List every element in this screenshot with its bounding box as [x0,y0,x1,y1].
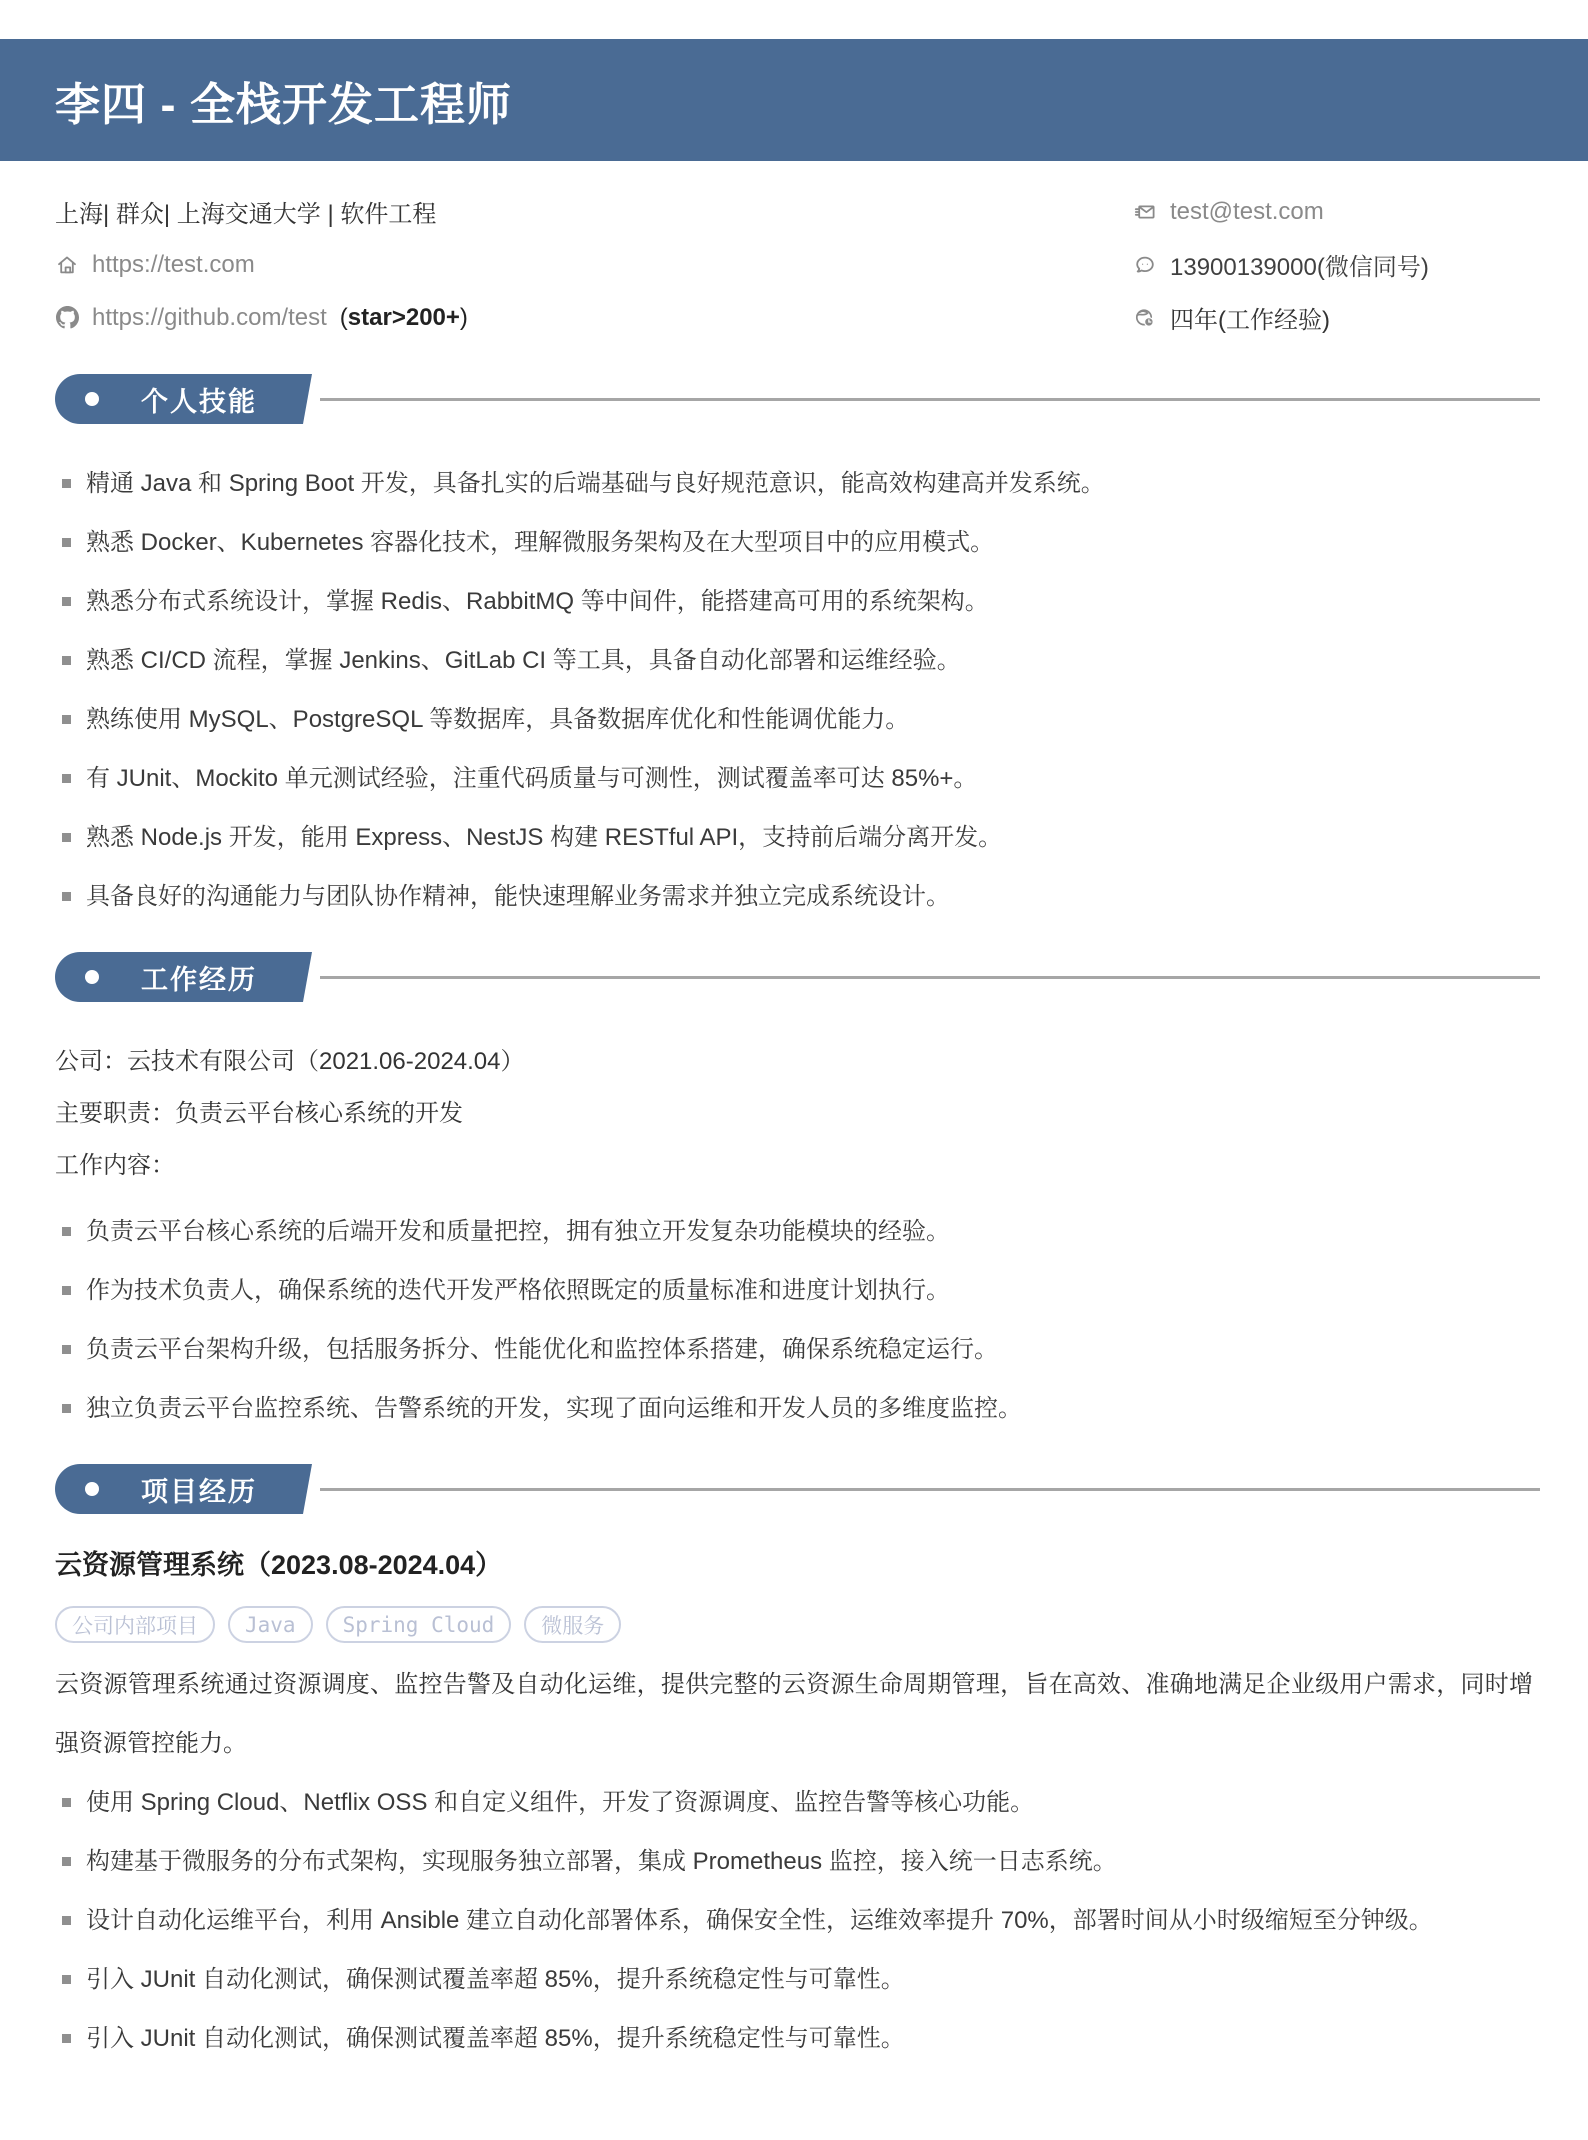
experience-text: 四年(工作经验) [1170,300,1330,335]
bullet-dot-icon [85,392,99,406]
home-icon [55,253,79,277]
work-badge: 工作经历 [55,952,312,1002]
skill-item: 熟练使用 MySQL、PostgreSQL 等数据库，具备数据库优化和性能调优能… [55,690,1533,749]
project-tag: Spring Cloud [326,1606,512,1643]
github-icon [55,306,79,330]
work-item: 负责云平台核心系统的后端开发和质量把控，拥有独立开发复杂功能模块的经验。 [55,1202,1533,1261]
square-bullet-icon [62,538,71,547]
github-star-count: star>200+ [348,304,460,331]
header-band: 李四 - 全栈开发工程师 [0,39,1588,161]
work-item: 负责云平台架构升级，包括服务拆分、性能优化和监控体系搭建，确保系统稳定运行。 [55,1320,1533,1379]
phone-text[interactable]: 13900139000(微信同号) [1170,247,1429,282]
square-bullet-icon [62,1404,71,1413]
contact-left-column: 上海| 群众| 上海交通大学 | 软件工程 https://test.com [55,185,468,344]
contact-right-column: test@test.com 13900139000(微信同号) [1133,185,1533,344]
project-tag: 公司内部项目 [55,1606,215,1643]
skills-list: 精通 Java 和 Spring Boot 开发，具备扎实的后端基础与良好规范意… [0,454,1588,926]
work-company-line: 公司：云技术有限公司（2021.06-2024.04） [55,1036,1533,1088]
square-bullet-icon [62,1227,71,1236]
contact-section: 上海| 群众| 上海交通大学 | 软件工程 https://test.com [0,161,1588,348]
phone-row: 13900139000(微信同号) [1133,238,1533,291]
project-tags: 公司内部项目 Java Spring Cloud 微服务 [55,1606,1533,1643]
experience-row: 四年(工作经验) [1133,291,1533,344]
square-bullet-icon [62,774,71,783]
section-divider-line [320,976,1540,979]
project-item: 使用 Spring Cloud、Netflix OSS 和自定义组件，开发了资源… [55,1773,1533,1832]
mail-icon [1133,200,1157,224]
work-section-title: 工作经历 [141,958,257,997]
project-item: 构建基于微服务的分布式架构，实现服务独立部署，集成 Prometheus 监控，… [55,1832,1533,1891]
github-row: https://github.com/test (star>200+) [55,291,468,344]
projects-badge: 项目经历 [55,1464,312,1514]
project-item: 设计自动化运维平台，利用 Ansible 建立自动化部署体系，确保安全性，运维效… [55,1891,1533,1950]
project-list: 使用 Spring Cloud、Netflix OSS 和自定义组件，开发了资源… [0,1773,1588,2068]
project-tag: Java [228,1606,313,1643]
project-description: 云资源管理系统通过资源调度、监控告警及自动化运维，提供完整的云资源生命周期管理，… [55,1655,1533,1773]
website-link[interactable]: https://test.com [92,251,255,279]
skills-badge: 个人技能 [55,374,312,424]
section-header-work: 工作经历 [55,952,1540,1002]
email-link[interactable]: test@test.com [1170,198,1324,226]
section-divider-line [320,398,1540,401]
resume-page: 李四 - 全栈开发工程师 上海| 群众| 上海交通大学 | 软件工程 https… [0,39,1588,2068]
globe-clock-icon [1133,306,1157,330]
section-header-skills: 个人技能 [55,374,1540,424]
square-bullet-icon [62,597,71,606]
project-item: 引入 JUnit 自动化测试，确保测试覆盖率超 85%，提升系统稳定性与可靠性。 [55,1950,1533,2009]
contact-info-row: 上海| 群众| 上海交通大学 | 软件工程 [55,185,468,238]
square-bullet-icon [62,715,71,724]
website-row: https://test.com [55,238,468,291]
skill-item: 熟悉 CI/CD 流程，掌握 Jenkins、GitLab CI 等工具，具备自… [55,631,1533,690]
projects-section-title: 项目经历 [141,1470,257,1509]
project-item: 引入 JUnit 自动化测试，确保测试覆盖率超 85%，提升系统稳定性与可靠性。 [55,2009,1533,2068]
square-bullet-icon [62,833,71,842]
work-content-label: 工作内容： [55,1140,1533,1192]
square-bullet-icon [62,479,71,488]
square-bullet-icon [62,892,71,901]
page-title: 李四 - 全栈开发工程师 [55,68,512,133]
square-bullet-icon [62,1857,71,1866]
project-title: 云资源管理系统（2023.08-2024.04） [55,1544,1533,1586]
skills-section-title: 个人技能 [141,380,257,419]
work-item: 作为技术负责人，确保系统的迭代开发严格依照既定的质量标准和进度计划执行。 [55,1261,1533,1320]
square-bullet-icon [62,1286,71,1295]
github-link[interactable]: https://github.com/test [92,304,327,332]
square-bullet-icon [62,1916,71,1925]
work-list: 负责云平台核心系统的后端开发和质量把控，拥有独立开发复杂功能模块的经验。 作为技… [0,1202,1588,1438]
skill-item: 熟悉 Node.js 开发，能用 Express、NestJS 构建 RESTf… [55,808,1533,867]
skill-item: 熟悉分布式系统设计，掌握 Redis、RabbitMQ 等中间件，能搭建高可用的… [55,572,1533,631]
skill-item: 熟悉 Docker、Kubernetes 容器化技术，理解微服务架构及在大型项目… [55,513,1533,572]
square-bullet-icon [62,656,71,665]
work-intro: 公司：云技术有限公司（2021.06-2024.04） 主要职责：负责云平台核心… [0,1032,1588,1202]
bullet-dot-icon [85,970,99,984]
skill-item: 精通 Java 和 Spring Boot 开发，具备扎实的后端基础与良好规范意… [55,454,1533,513]
work-item: 独立负责云平台监控系统、告警系统的开发，实现了面向运维和开发人员的多维度监控。 [55,1379,1533,1438]
project-tag: 微服务 [524,1606,621,1643]
skill-item: 有 JUnit、Mockito 单元测试经验，注重代码质量与可测性，测试覆盖率可… [55,749,1533,808]
chat-icon [1133,253,1157,277]
section-header-projects: 项目经历 [55,1464,1540,1514]
work-duty-line: 主要职责：负责云平台核心系统的开发 [55,1088,1533,1140]
square-bullet-icon [62,1798,71,1807]
section-divider-line [320,1488,1540,1491]
square-bullet-icon [62,2034,71,2043]
skill-item: 具备良好的沟通能力与团队协作精神，能快速理解业务需求并独立完成系统设计。 [55,867,1533,926]
github-star-note: (star>200+) [340,304,468,332]
bullet-dot-icon [85,1482,99,1496]
square-bullet-icon [62,1345,71,1354]
square-bullet-icon [62,1975,71,1984]
basic-info-text: 上海| 群众| 上海交通大学 | 软件工程 [55,194,436,229]
email-row: test@test.com [1133,185,1533,238]
